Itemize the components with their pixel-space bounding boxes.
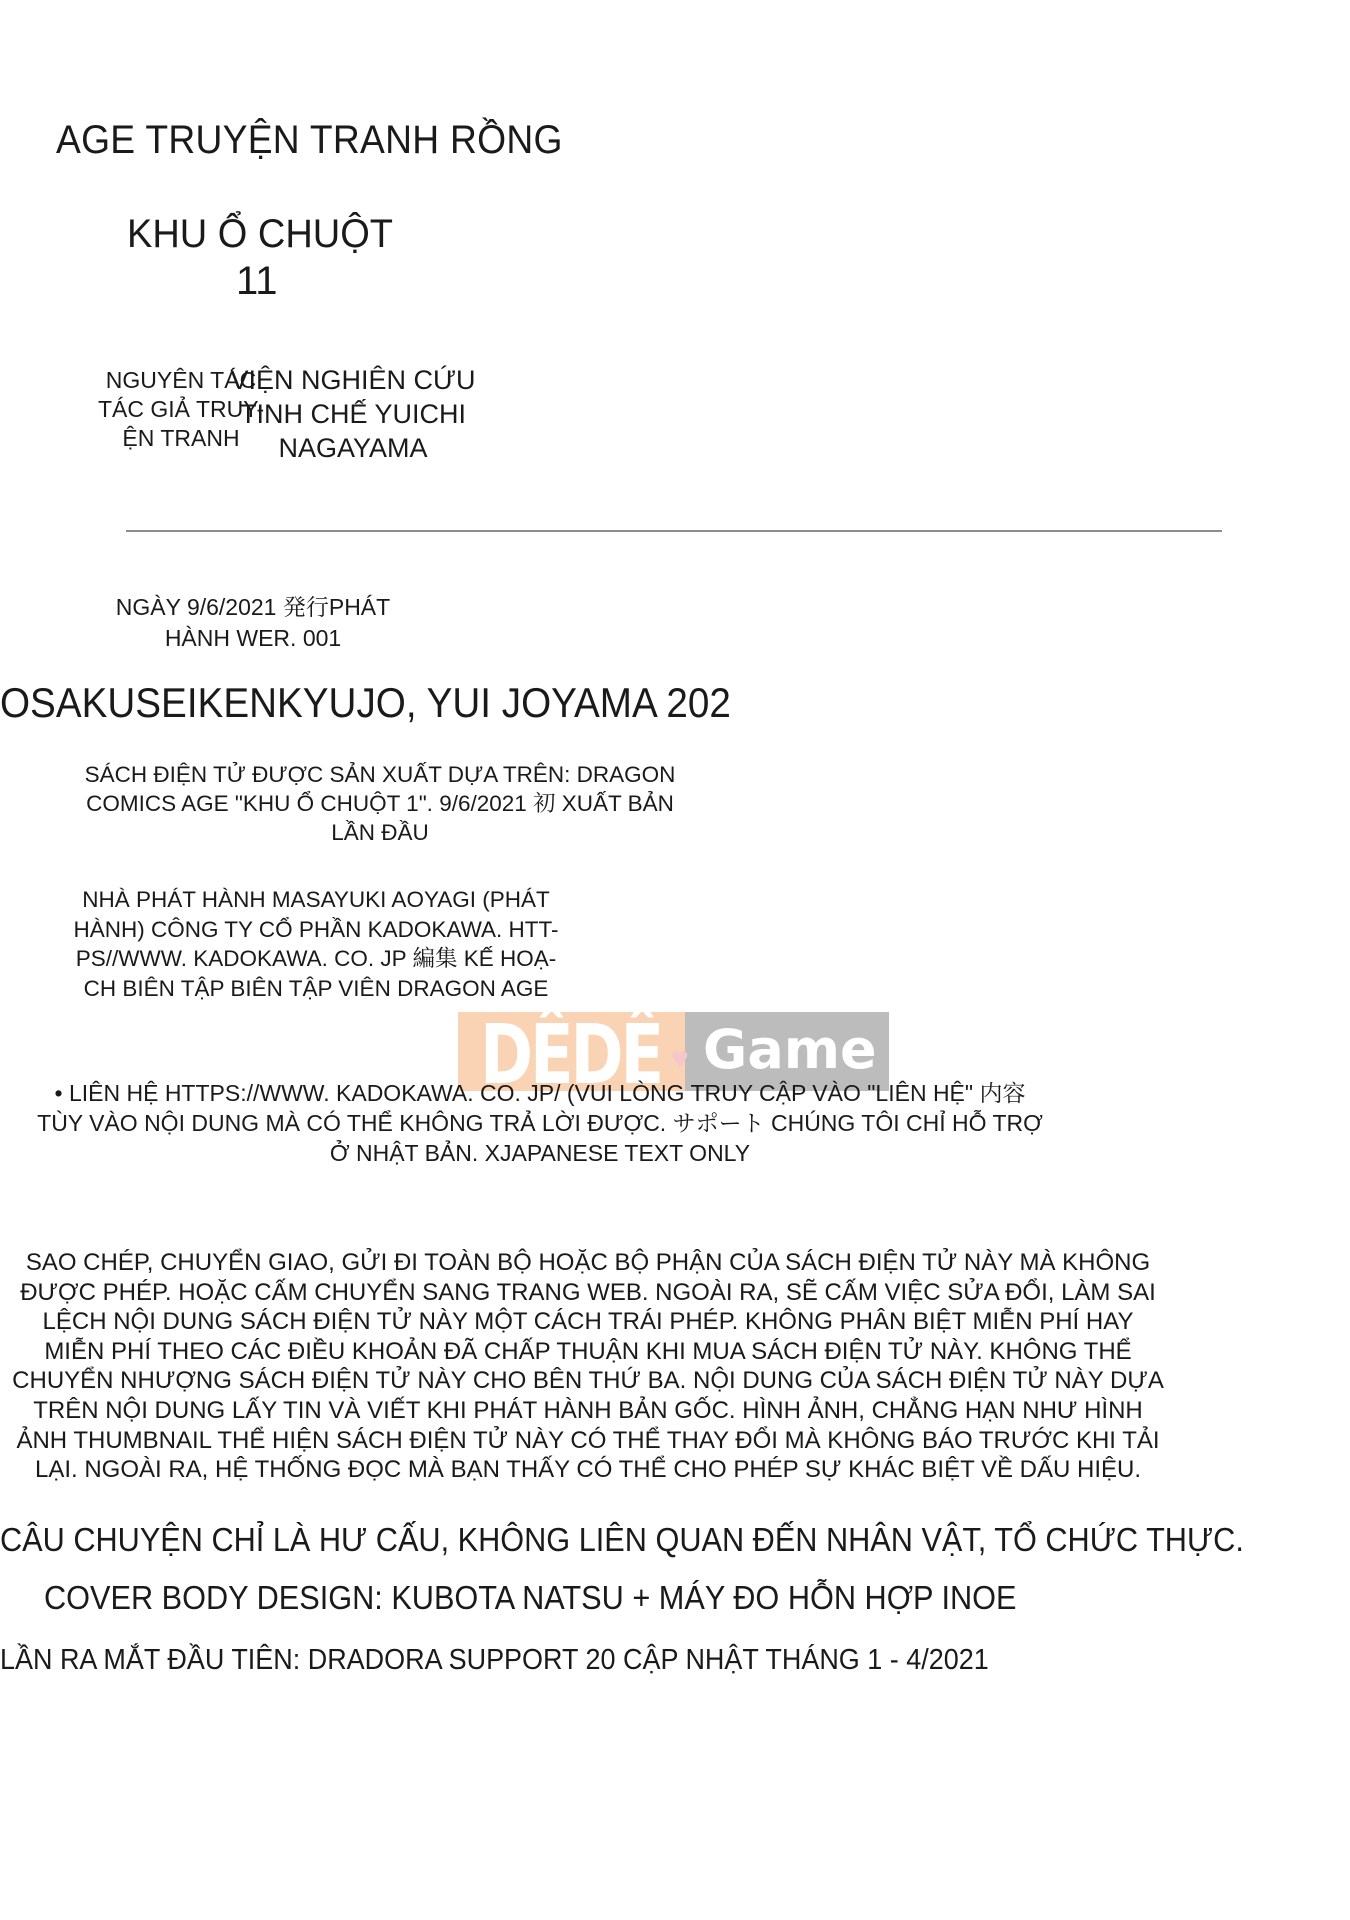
publication-date-line: HÀNH WER. 001	[88, 623, 418, 654]
publisher-line: HÀNH) CÔNG TY CỔ PHẦN KADOKAWA. HTT-	[30, 915, 602, 945]
publication-date: NGÀY 9/6/2021 発行PHÁT HÀNH WER. 001	[88, 592, 418, 654]
watermark-suffix: Game	[703, 1018, 877, 1081]
notice-line: ẢNH THUMBNAIL THỂ HIỆN SÁCH ĐIỆN TỬ NÀY …	[0, 1426, 1176, 1456]
notice-line: MIỄN PHÍ THEO CÁC ĐIỀU KHOẢN ĐÃ CHẤP THU…	[0, 1337, 1176, 1367]
publisher-info: NHÀ PHÁT HÀNH MASAYUKI AOYAGI (PHÁT HÀNH…	[30, 885, 602, 1003]
notice-line: LẠI. NGOÀI RA, HỆ THỐNG ĐỌC MÀ BẠN THẤY …	[0, 1455, 1176, 1485]
author-name-line: NAGAYAMA	[228, 431, 478, 465]
source-line: SÁCH ĐIỆN TỬ ĐƯỢC SẢN XUẤT DỰA TRÊN: DRA…	[40, 760, 720, 789]
publisher-line: NHÀ PHÁT HÀNH MASAYUKI AOYAGI (PHÁT	[30, 885, 602, 915]
notice-line: SAO CHÉP, CHUYỂN GIAO, GỬI ĐI TOÀN BỘ HO…	[0, 1248, 1176, 1278]
publisher-line: PS//WWW. KADOKAWA. CO. JP 編集 KẾ HOẠ-	[30, 944, 602, 974]
notice-line: ĐƯỢC PHÉP. HOẶC CẤM CHUYỂN SANG TRANG WE…	[0, 1278, 1176, 1308]
contact-line: TÙY VÀO NỘI DUNG MÀ CÓ THỂ KHÔNG TRẢ LỜI…	[0, 1108, 1080, 1138]
heart-icon: ♥	[671, 1042, 689, 1076]
author-name-line: TINH CHẾ YUICHI	[228, 397, 478, 431]
contact-line: Ở NHẬT BẢN. XJAPANESE TEXT ONLY	[0, 1138, 1080, 1168]
series-name: AGE TRUYỆN TRANH RỒNG	[56, 118, 563, 163]
contact-line: • LIÊN HỆ HTTPS://WWW. KADOKAWA. CO. JP/…	[0, 1078, 1080, 1108]
source-line: LẦN ĐẦU	[40, 818, 720, 847]
author-name-line: VIỆN NGHIÊN CỨU	[228, 363, 478, 397]
volume-number: 11	[236, 259, 278, 304]
source-info: SÁCH ĐIỆN TỬ ĐƯỢC SẢN XUẤT DỰA TRÊN: DRA…	[40, 760, 720, 847]
copyright-notice: SAO CHÉP, CHUYỂN GIAO, GỬI ĐI TOÀN BỘ HO…	[0, 1248, 1176, 1485]
cover-design-credit: COVER BODY DESIGN: KUBOTA NATSU + MÁY ĐO…	[44, 1579, 1017, 1617]
contact-info: • LIÊN HỆ HTTPS://WWW. KADOKAWA. CO. JP/…	[0, 1078, 1080, 1168]
notice-line: CHUYỂN NHƯỢNG SÁCH ĐIỆN TỬ NÀY CHO BÊN T…	[0, 1366, 1176, 1396]
book-title: KHU Ổ CHUỘT	[127, 212, 393, 257]
publication-date-line: NGÀY 9/6/2021 発行PHÁT	[88, 592, 418, 623]
source-line: COMICS AGE "KHU Ổ CHUỘT 1". 9/6/2021 初 X…	[40, 789, 720, 818]
copyright-holder: OSAKUSEIKENKYUJO, YUI JOYAMA 202	[0, 679, 731, 727]
fiction-disclaimer: CÂU CHUYỆN CHỈ LÀ HƯ CẤU, KHÔNG LIÊN QUA…	[0, 1521, 1244, 1559]
publisher-line: CH BIÊN TẬP BIÊN TẬP VIÊN DRAGON AGE	[30, 974, 602, 1004]
first-release-info: LẦN RA MẮT ĐẦU TIÊN: DRADORA SUPPORT 20 …	[0, 1644, 989, 1677]
notice-line: TRÊN NỘI DUNG LẤY TIN VÀ VIẾT KHI PHÁT H…	[0, 1396, 1176, 1426]
notice-line: LỆCH NỘI DUNG SÁCH ĐIỆN TỬ NÀY MỘT CÁCH …	[0, 1307, 1176, 1337]
author-name: VIỆN NGHIÊN CỨU TINH CHẾ YUICHI NAGAYAMA	[228, 363, 478, 465]
divider	[126, 530, 1222, 532]
